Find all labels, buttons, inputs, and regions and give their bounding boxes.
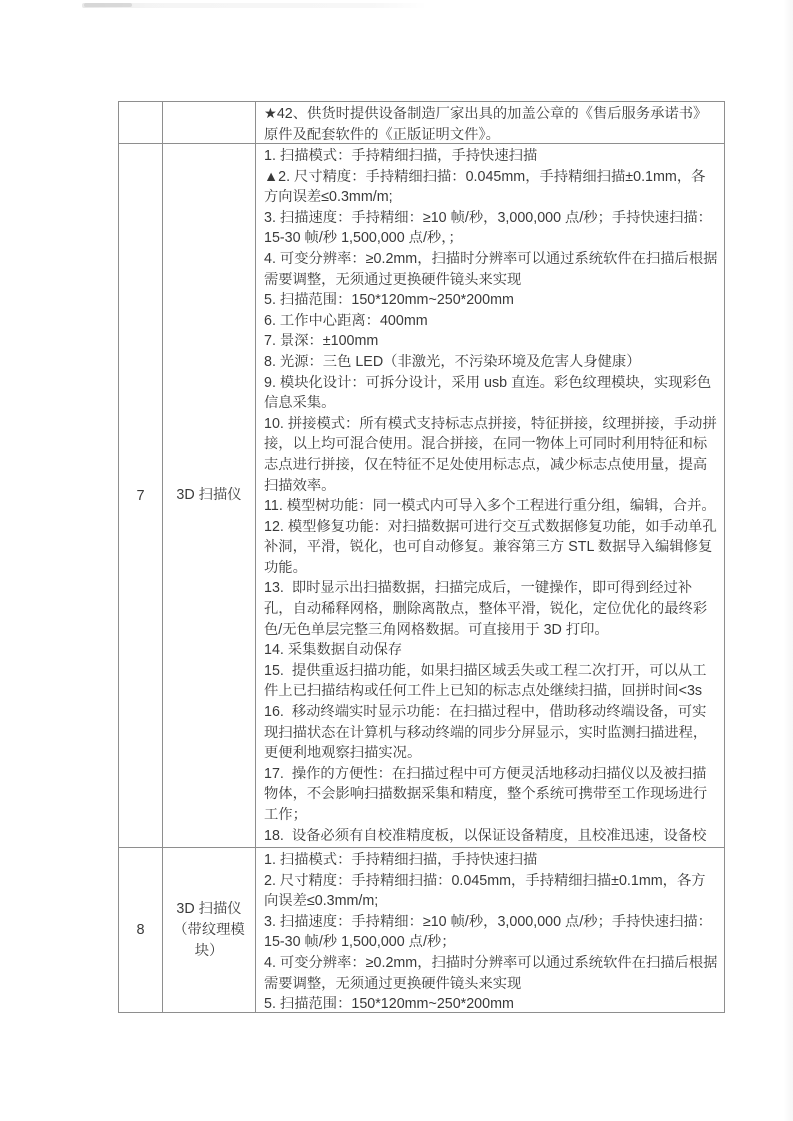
spec-line: 4. 可变分辨率：≥0.2mm，扫描时分辨率可以通过系统软件在扫描后根据需要调整… (264, 953, 718, 994)
spec-line: 3. 扫描速度：手持精细：≥10 帧/秒，3,000,000 点/秒；手持快速扫… (264, 208, 718, 249)
spec-line: 13. 即时显示出扫描数据，扫描完成后，一键操作，即可得到经过补孔，自动稀释网格… (264, 578, 718, 640)
spec-line: 18. 设备必须有自校准精度板，以保证设备精度，且校准迅速，设备校准时间≤3 分… (264, 826, 718, 847)
spec-line: 4. 可变分辨率：≥0.2mm，扫描时分辨率可以通过系统软件在扫描后根据需要调整… (264, 249, 718, 290)
spec-line: 6. 工作中心距离：400mm (264, 311, 718, 332)
spec-line: 10. 拼接模式：所有模式支持标志点拼接，特征拼接，纹理拼接，手动拼接，以上均可… (264, 414, 718, 496)
spec-cell: ★42、供货时提供设备制造厂家出具的加盖公章的《售后服务承诺书》原件及配套软件的… (256, 102, 724, 143)
spec-line: 7. 景深：±100mm (264, 331, 718, 352)
row-number-cell: 7 (119, 144, 163, 847)
spec-line: ★42、供货时提供设备制造厂家出具的加盖公章的《售后服务承诺书》原件及配套软件的… (264, 104, 718, 143)
row-number-cell: 8 (119, 848, 163, 1012)
spec-line: 9. 模块化设计：可拆分设计，采用 usb 直连。彩色纹理模块，实现彩色信息采集… (264, 373, 718, 414)
item-name-cell: 3D 扫描仪 (163, 144, 256, 847)
table-row-continuation: ★42、供货时提供设备制造厂家出具的加盖公章的《售后服务承诺书》原件及配套软件的… (119, 102, 724, 143)
spec-line: 2. 尺寸精度：手持精细扫描：0.045mm，手持精细扫描±0.1mm，各方向误… (264, 871, 718, 912)
spec-line: 11. 模型树功能：同一模式内可导入多个工程进行重分组，编辑，合并。 (264, 496, 718, 517)
spec-line: 16. 移动终端实时显示功能：在扫描过程中，借助移动终端设备，可实现扫描状态在计… (264, 702, 718, 764)
spec-line: 17. 操作的方便性：在扫描过程中可方便灵活地移动扫描仪以及被扫描物体，不会影响… (264, 764, 718, 826)
spec-line: 3. 扫描速度：手持精细：≥10 帧/秒，3,000,000 点/秒；手持快速扫… (264, 912, 718, 953)
spec-line: ▲2. 尺寸精度：手持精细扫描：0.045mm，手持精细扫描±0.1mm，各方向… (264, 167, 718, 208)
row-number-cell (119, 102, 163, 143)
spec-line: 12. 模型修复功能：对扫描数据可进行交互式数据修复功能，如手动单孔补洞，平滑，… (264, 517, 718, 579)
item-name-cell (163, 102, 256, 143)
document-page: ★42、供货时提供设备制造厂家出具的加盖公章的《售后服务承诺书》原件及配套软件的… (0, 0, 793, 1121)
spec-line: 5. 扫描范围：150*120mm~250*200mm (264, 994, 718, 1012)
spec-line: 1. 扫描模式：手持精细扫描，手持快速扫描 (264, 146, 718, 167)
spec-table: ★42、供货时提供设备制造厂家出具的加盖公章的《售后服务承诺书》原件及配套软件的… (118, 101, 725, 1013)
spec-line: 8. 光源：三色 LED（非激光，不污染环境及危害人身健康） (264, 352, 718, 373)
table-row-8: 8 3D 扫描仪（带纹理模块） 1. 扫描模式：手持精细扫描，手持快速扫描 2.… (119, 847, 724, 1012)
table-row-7: 7 3D 扫描仪 1. 扫描模式：手持精细扫描，手持快速扫描 ▲2. 尺寸精度：… (119, 143, 724, 847)
spec-cell: 1. 扫描模式：手持精细扫描，手持快速扫描 2. 尺寸精度：手持精细扫描：0.0… (256, 848, 724, 1012)
scan-artifact-dash (84, 3, 132, 7)
spec-line: 15. 提供重返扫描功能，如果扫描区域丢失或工程二次打开，可以从工件上已扫描结构… (264, 661, 718, 702)
spec-line: 14. 采集数据自动保存 (264, 640, 718, 661)
item-name-cell: 3D 扫描仪（带纹理模块） (163, 848, 256, 1012)
scan-edge-shading (783, 0, 793, 1121)
scan-artifact-streak (82, 3, 427, 8)
spec-cell: 1. 扫描模式：手持精细扫描，手持快速扫描 ▲2. 尺寸精度：手持精细扫描：0.… (256, 144, 724, 847)
spec-line: 5. 扫描范围：150*120mm~250*200mm (264, 290, 718, 311)
spec-line: 1. 扫描模式：手持精细扫描，手持快速扫描 (264, 850, 718, 871)
